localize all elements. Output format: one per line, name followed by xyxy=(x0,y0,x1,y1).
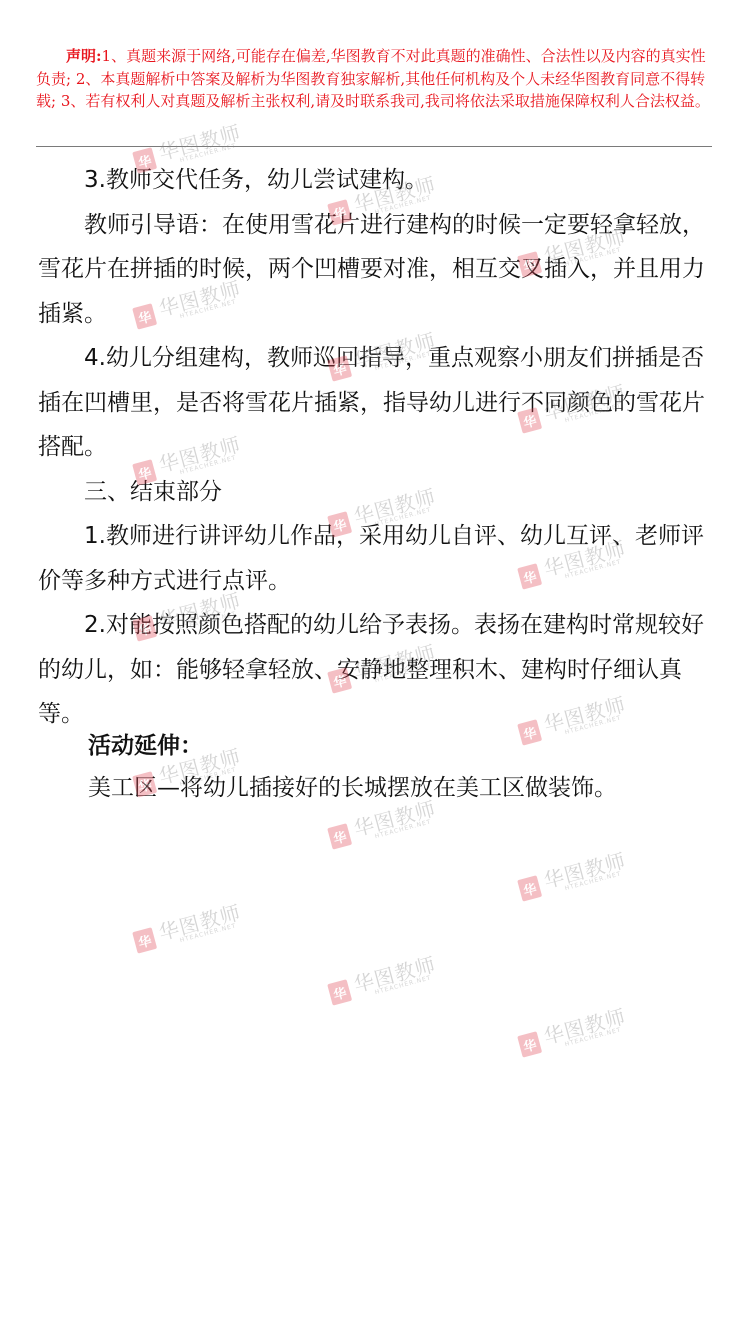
watermark-icon: 华 xyxy=(517,1031,542,1057)
paragraph: 教师引导语：在使用雪花片进行建构的时候一定要轻拿轻放，雪花片在拼插的时候，两个凹… xyxy=(38,203,714,337)
watermark-icon: 华 xyxy=(132,927,157,953)
watermark-icon: 华 xyxy=(327,823,352,849)
watermark-logo: 华华图教师HTEACHER.NET xyxy=(327,798,440,852)
disclaimer-text: 1、真题来源于网络,可能存在偏差,华图教育不对此真题的准确性、合法性以及内容的真… xyxy=(36,47,710,110)
paragraph: 2.对能按照颜色搭配的幼儿给予表扬。表扬在建构时常规较好的幼儿，如：能够轻拿轻放… xyxy=(38,603,714,737)
watermark-logo: 华华图教师HTEACHER.NET xyxy=(517,850,630,904)
disclaimer-label: 声明: xyxy=(66,47,102,65)
extension-text: 美工区—将幼儿插接好的长城摆放在美工区做装饰。 xyxy=(88,769,617,802)
paragraph: 1.教师进行讲评幼儿作品，采用幼儿自评、幼儿互评、老师评价等多种方式进行点评。 xyxy=(38,514,714,603)
paragraph: 3.教师交代任务，幼儿尝试建构。 xyxy=(38,158,714,203)
watermark-icon: 华 xyxy=(327,979,352,1005)
extension-heading: 活动延伸： xyxy=(88,727,203,760)
watermark-logo: 华华图教师HTEACHER.NET xyxy=(132,902,245,956)
section-heading: 三、结束部分 xyxy=(38,470,714,515)
watermark-logo: 华华图教师HTEACHER.NET xyxy=(327,954,440,1008)
watermark-logo: 华华图教师HTEACHER.NET xyxy=(517,1006,630,1060)
paragraph: 4.幼儿分组建构，教师巡回指导，重点观察小朋友们拼插是否插在凹槽里，是否将雪花片… xyxy=(38,336,714,470)
watermark-icon: 华 xyxy=(517,875,542,901)
document-body: 3.教师交代任务，幼儿尝试建构。 教师引导语：在使用雪花片进行建构的时候一定要轻… xyxy=(38,158,714,737)
divider xyxy=(36,146,712,147)
disclaimer-notice: 声明:1、真题来源于网络,可能存在偏差,华图教育不对此真题的准确性、合法性以及内… xyxy=(36,45,712,113)
